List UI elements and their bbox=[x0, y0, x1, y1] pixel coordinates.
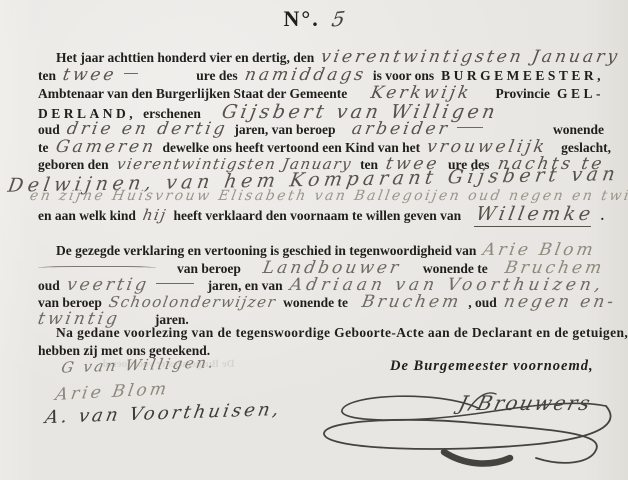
printed-text: ure des bbox=[196, 68, 237, 84]
printed-text: en aan welk kind bbox=[38, 208, 136, 224]
printed-text: . bbox=[601, 208, 604, 224]
handwritten-filler-dash bbox=[156, 283, 194, 287]
printed-text: wonende bbox=[553, 122, 604, 138]
handwritten-birth-date: vierentwintigsten January bbox=[319, 47, 621, 67]
handwritten-hour: twee bbox=[61, 65, 118, 85]
handwritten-profession: arbeider bbox=[351, 119, 452, 139]
handwritten-mother-details: en zijne Huisvrouw Elisabeth van Ballego… bbox=[29, 188, 628, 204]
form-line-9: en zijne Huisvrouw Elisabeth van Ballego… bbox=[30, 188, 616, 204]
printed-text: Provincie bbox=[496, 86, 551, 102]
form-line-10: en aan welk kind hij heeft verklaard den… bbox=[38, 203, 604, 227]
handwritten-child-name: Willemke bbox=[474, 203, 596, 227]
signature-mayor: J Brouwers bbox=[318, 368, 620, 476]
printed-text: oud bbox=[38, 122, 60, 138]
handwritten-municipality: Kerkwijk bbox=[369, 83, 473, 103]
printed-text-burgemeester: BURGEMEESTER, bbox=[441, 68, 604, 84]
handwritten-pronoun: hij bbox=[141, 206, 168, 224]
mayor-name-text: J Brouwers bbox=[452, 391, 594, 415]
form-line-11: De gezegde verklaring en vertooning is g… bbox=[56, 240, 604, 260]
form-line-3: Ambtenaar van den Burgerlijken Staat der… bbox=[38, 83, 604, 103]
printed-text: Het jaar achttien honderd vier en dertig… bbox=[56, 50, 314, 66]
handwritten-age: drie en dertig bbox=[65, 119, 229, 139]
act-number-handwritten-value: 5 bbox=[330, 6, 346, 31]
handwritten-witness1-name: Arie Blom bbox=[482, 240, 598, 260]
handwritten-filler-dash bbox=[457, 127, 483, 131]
printed-text: Na gedane voorlezing van de tegenswoordi… bbox=[56, 325, 628, 341]
act-number: N°. 5 bbox=[0, 6, 628, 32]
printed-text: jaren, van beroep bbox=[234, 122, 335, 138]
handwritten-daypart: namiddags bbox=[243, 65, 368, 85]
printed-text: ten bbox=[38, 68, 56, 84]
handwritten-filler-dash bbox=[124, 73, 138, 77]
printed-text-province: GEL- bbox=[557, 86, 604, 102]
printed-text: De gezegde verklaring en vertooning is g… bbox=[56, 243, 476, 259]
printed-text: heeft verklaard den voornaam te willen g… bbox=[174, 208, 462, 224]
form-line-16: Na gedane voorlezing van de tegenswoordi… bbox=[56, 325, 604, 341]
birth-certificate-scan: N°. 5 Het jaar achttien honderd vier en … bbox=[0, 0, 628, 480]
form-line-2: ten twee ure des namiddags is voor ons B… bbox=[38, 65, 604, 85]
printed-text: geboren den bbox=[38, 157, 109, 173]
form-line-1: Het jaar achttien honderd vier en dertig… bbox=[56, 47, 604, 67]
printed-text: Ambtenaar van den Burgerlijken Staat der… bbox=[38, 86, 347, 102]
signature-witness1: Arie Blom bbox=[54, 379, 171, 405]
form-line-5: oud drie en dertig jaren, van beroep arb… bbox=[38, 119, 604, 139]
printed-text: is voor ons bbox=[373, 68, 434, 84]
act-number-label: N°. bbox=[284, 6, 320, 31]
handwritten-filler-line bbox=[38, 266, 156, 270]
signature-flourish: J Brouwers bbox=[318, 368, 620, 476]
